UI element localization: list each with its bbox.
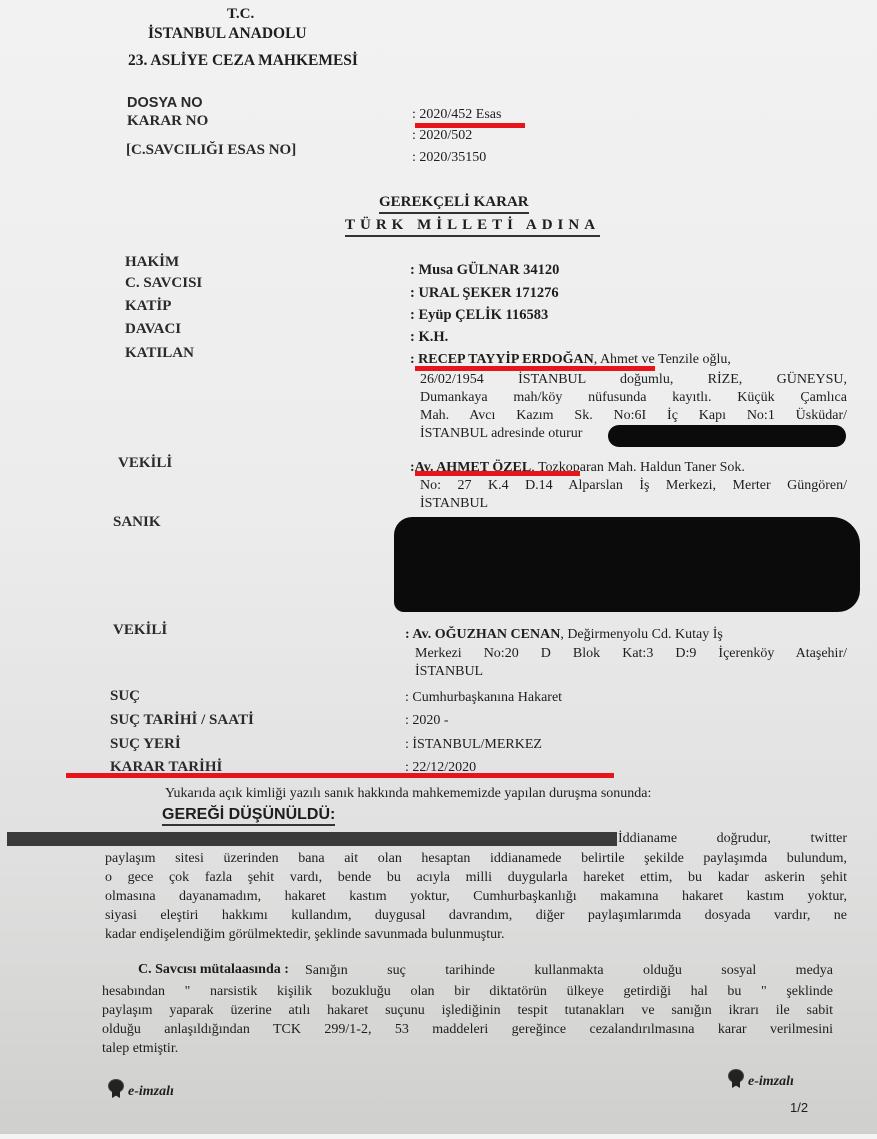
gerekli-dusunuldu-heading: GEREĞİ DÜŞÜNÜLDÜ: [162, 806, 335, 826]
hakim-value: : Musa GÜLNAR 34120 [410, 262, 559, 279]
vekili2-first-line: : Av. OĞUZHAN CENAN, Değirmenyolu Cd. Ku… [405, 627, 723, 643]
katip-label: KATİP [125, 298, 171, 315]
red-underline-dosya [415, 123, 525, 128]
defense-line: siyasi eleştiri hakkımı kullandım, duygu… [105, 906, 847, 925]
body-intro: Yukarıda açık kimliği yazılı sanık hakkı… [165, 786, 651, 802]
suc-tarihi-value: : 2020 - [405, 713, 449, 729]
red-underline-karar-tarihi [66, 773, 614, 778]
vekili-label-1: VEKİLİ [118, 455, 172, 472]
red-underline-vekili [415, 471, 580, 476]
defense-line: kadar endişelendiğim görülmektedir, şekl… [105, 925, 847, 944]
vekili-label-2: VEKİLİ [113, 622, 167, 639]
redaction-bar [7, 832, 617, 846]
prosecutor-label: C. Savcısı mütalaasında : [138, 962, 289, 978]
savcilik-esas-no-value: : 2020/35150 [412, 150, 486, 166]
page-bottom-edge [0, 1134, 877, 1139]
esignature-left: e-imzalı [108, 1080, 174, 1100]
esignature-right-text: e-imzalı [748, 1074, 794, 1089]
defense-first-line: İddianame doğrudur, twitter [618, 830, 847, 848]
gerekceli-karar-title: GEREKÇELİ KARAR [379, 194, 529, 214]
dosya-no-label: DOSYA NO [127, 95, 202, 111]
header-court-city: İSTANBUL ANADOLU [148, 25, 307, 43]
suc-tarihi-label: SUÇ TARİHİ / SAATİ [110, 712, 254, 729]
vekili2-address-line: Merkezi No:20 D Blok Kat:3 D:9 İçerenköy… [415, 645, 847, 663]
savci-value: : URAL ŞEKER 171276 [410, 285, 559, 302]
redaction-sanik [394, 517, 860, 612]
katip-value: : Eyüp ÇELİK 116583 [410, 307, 548, 324]
defense-line: o gece çok fazla şehit vardı, bende bu a… [105, 868, 847, 887]
prosecutor-line: Sanığın suç tarihinde kullanmakta olduğu… [305, 962, 833, 980]
katilan-address-line: 26/02/1954 İSTANBUL doğumlu, RİZE, GÜNEY… [420, 371, 847, 389]
katilan-label: KATILAN [125, 345, 194, 362]
header-court-name: 23. ASLİYE CEZA MAHKEMESİ [128, 52, 358, 70]
prosecutor-first-line: Sanığın suç tarihinde kullanmakta olduğu… [305, 962, 833, 980]
page-number: 1/2 [790, 1100, 808, 1115]
katilan-name: : RECEP TAYYİP ERDOĞAN [410, 352, 594, 367]
katilan-address-line: Mah. Avcı Kazım Sk. No:6I İç Kapı No:1 Ü… [420, 407, 847, 425]
redaction-address [608, 425, 846, 447]
suc-yeri-value: : İSTANBUL/MERKEZ [405, 737, 542, 753]
prosecutor-line: talep etmiştir. [102, 1039, 833, 1058]
prosecutor-line: hesabından " narsistik kişilik bozukluğu… [102, 982, 833, 1001]
vekili2-address: Merkezi No:20 D Blok Kat:3 D:9 İçerenköy… [415, 645, 847, 681]
prosecutor-line: olduğu anlaşıldığından TCK 299/1-2, 53 m… [102, 1020, 833, 1039]
davaci-label: DAVACI [125, 321, 181, 338]
suc-yeri-label: SUÇ YERİ [110, 736, 181, 753]
seal-icon [108, 1080, 124, 1098]
turk-milleti-adina-title: TÜRK MİLLETİ ADINA [345, 217, 600, 237]
suc-value: : Cumhurbaşkanına Hakaret [405, 690, 562, 706]
vekili1-address-line: No: 27 K.4 D.14 Alparslan İş Merkezi, Me… [420, 477, 847, 495]
savcilik-esas-no-label: [C.SAVCILIĞI ESAS NO] [126, 142, 296, 159]
suc-label: SUÇ [110, 688, 140, 705]
katilan-detail-0: , Ahmet ve Tenzile oğlu, [594, 352, 731, 367]
esignature-right: e-imzalı [728, 1070, 794, 1090]
court-decision-page: T.C. İSTANBUL ANADOLU 23. ASLİYE CEZA MA… [0, 0, 877, 1139]
karar-no-label: KARAR NO [127, 113, 208, 130]
prosecutor-line: paylaşım yaparak üzerine atılı hakaret s… [102, 1001, 833, 1020]
defense-line: İddianame doğrudur, twitter [618, 830, 847, 848]
karar-no-value: : 2020/502 [412, 128, 472, 144]
davaci-value: : K.H. [410, 329, 448, 346]
sanik-label: SANIK [113, 514, 161, 531]
vekili2-address-line: İSTANBUL [415, 663, 847, 681]
katilan-address-line: Dumankaya mah/köy nüfusunda kayıtlı. Küç… [420, 389, 847, 407]
defense-statement: paylaşım sitesi üzerinden bana ait olan … [105, 849, 847, 944]
prosecutor-opinion: hesabından " narsistik kişilik bozukluğu… [102, 982, 833, 1058]
seal-icon [728, 1070, 744, 1088]
vekili1-address-line: İSTANBUL [420, 495, 847, 513]
defense-line: paylaşım sitesi üzerinden bana ait olan … [105, 849, 847, 868]
vekili2-name: : Av. OĞUZHAN CENAN [405, 627, 560, 642]
vekili2-detail-0: , Değirmenyolu Cd. Kutay İş [560, 627, 723, 642]
defense-line: olmasına dayanamadım, hakaret kastım yok… [105, 887, 847, 906]
esignature-left-text: e-imzalı [128, 1084, 174, 1099]
savci-label: C. SAVCISI [125, 275, 202, 292]
vekili1-address: No: 27 K.4 D.14 Alparslan İş Merkezi, Me… [420, 477, 847, 513]
dosya-no-value: : 2020/452 Esas [412, 107, 501, 123]
header-tc: T.C. [227, 6, 254, 23]
hakim-label: HAKİM [125, 254, 179, 271]
